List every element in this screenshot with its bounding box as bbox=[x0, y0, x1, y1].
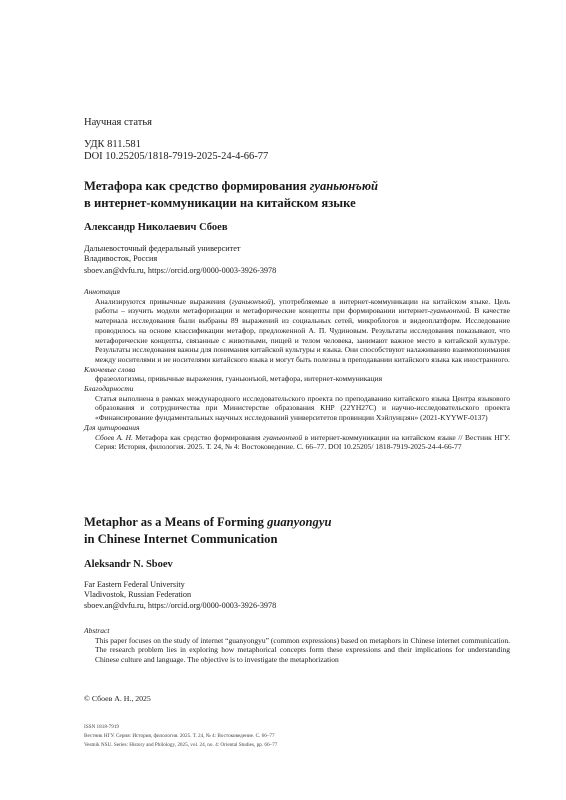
doi[interactable]: DOI 10.25205/1818-7919-2025-24-4-66-77 bbox=[84, 151, 510, 163]
abstract-ru-text: Анализируются привычные выражения (гуань… bbox=[84, 297, 510, 365]
abstract-ru-label: Аннотация bbox=[84, 287, 510, 297]
abstract-en: Abstract This paper focuses on the study… bbox=[84, 626, 510, 665]
journal-footer: ISSN 1818-7919 Вестник НГУ. Серия: Истор… bbox=[84, 723, 510, 749]
issn: ISSN 1818-7919 bbox=[84, 723, 510, 732]
affiliation-ru-city: Владивосток, Россия bbox=[84, 254, 510, 264]
udk-code: УДК 811.581 bbox=[84, 139, 510, 151]
title-en-part2: in Chinese Internet Communication bbox=[84, 531, 510, 548]
journal-ru: Вестник НГУ. Серия: История, филология. … bbox=[84, 732, 510, 741]
affiliation-en-university: Far Eastern Federal University bbox=[84, 580, 510, 590]
citation-label: Для цитирования bbox=[84, 423, 510, 433]
article-type: Научная статья bbox=[84, 117, 510, 128]
copyright: © Сбоев А. Н., 2025 bbox=[84, 694, 510, 703]
citation-term: гуаньюнъюй bbox=[263, 433, 302, 442]
title-ru-term: гуаньюнъюй bbox=[310, 179, 378, 193]
article-identifiers: УДК 811.581 DOI 10.25205/1818-7919-2025-… bbox=[84, 139, 510, 163]
affiliation-en-city: Vladivostok, Russian Federation bbox=[84, 590, 510, 600]
title-en-term: guanyongyu bbox=[267, 515, 331, 529]
acknowledgements-label: Благодарности bbox=[84, 384, 510, 394]
abstract-ru-term1: гуаньюнъюй bbox=[232, 297, 271, 306]
keywords-ru-label: Ключевые слова bbox=[84, 365, 510, 375]
abstract-ru-term2: гуаньюнъюй bbox=[430, 306, 469, 315]
title-ru-part2: в интернет-коммуникации на китайском язы… bbox=[84, 195, 510, 212]
citation-seg1: Метафора как средство формирования bbox=[133, 433, 263, 442]
author-ru: Александр Николаевич Сбоев bbox=[84, 222, 510, 233]
abstract-en-label: Abstract bbox=[84, 626, 510, 636]
affiliation-en: Far Eastern Federal University Vladivost… bbox=[84, 580, 510, 611]
abstract-ru-seg1: Анализируются привычные выражения ( bbox=[95, 297, 232, 306]
title-en: Metaphor as a Means of Forming guanyongy… bbox=[84, 514, 510, 548]
citation-text: Сбоев А. Н. Метафора как средство формир… bbox=[84, 433, 510, 452]
abstract-en-text: This paper focuses on the study of inter… bbox=[84, 636, 510, 665]
citation-author: Сбоев А. Н. bbox=[95, 433, 133, 442]
affiliation-ru-university: Дальневосточный федеральный университет bbox=[84, 244, 510, 254]
title-ru: Метафора как средство формирования гуань… bbox=[84, 178, 510, 212]
acknowledgements-text: Статья выполнена в рамках международного… bbox=[84, 394, 510, 423]
journal-en: Vestnik NSU. Series: History and Philolo… bbox=[84, 741, 510, 750]
title-en-part1: Metaphor as a Means of Forming bbox=[84, 515, 267, 529]
contact-en[interactable]: sboev.an@dvfu.ru, https://orcid.org/0000… bbox=[84, 601, 510, 611]
keywords-ru: фразеологизмы, привычные выражения, гуан… bbox=[84, 374, 510, 384]
contact-ru[interactable]: sboev.an@dvfu.ru, https://orcid.org/0000… bbox=[84, 266, 510, 276]
title-ru-part1: Метафора как средство формирования bbox=[84, 179, 310, 193]
affiliation-ru: Дальневосточный федеральный университет … bbox=[84, 244, 510, 276]
author-en: Aleksandr N. Sboev bbox=[84, 559, 510, 570]
metadata-ru: Аннотация Анализируются привычные выраже… bbox=[84, 287, 510, 452]
